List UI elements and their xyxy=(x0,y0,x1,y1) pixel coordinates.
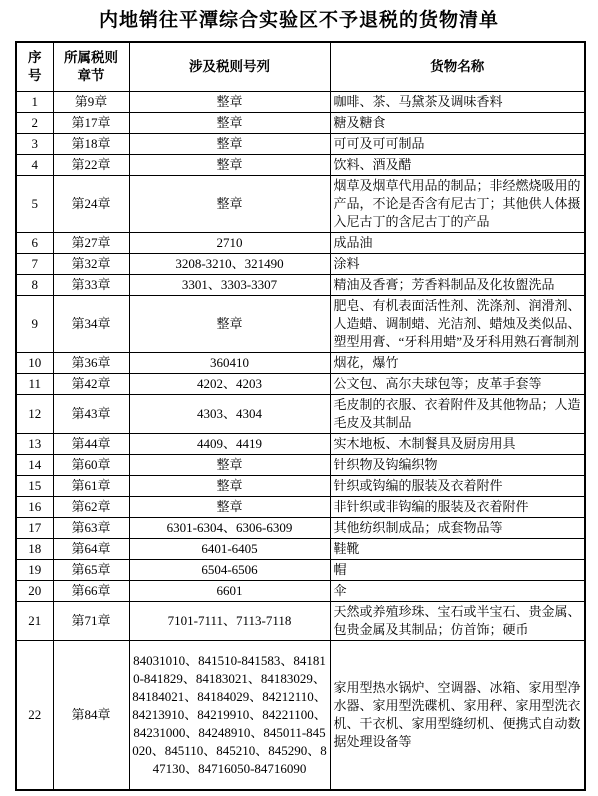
chapter-cell: 第43章 xyxy=(53,395,129,434)
codes-cell: 6401-6405 xyxy=(129,539,330,560)
codes-cell: 整章 xyxy=(129,497,330,518)
header-tariff-codes: 涉及税则号列 xyxy=(129,42,330,92)
codes-cell: 360410 xyxy=(129,353,330,374)
table-row: 19第65章6504-6506帽 xyxy=(16,560,585,581)
goods-name-cell: 糖及糖食 xyxy=(330,113,585,134)
codes-cell: 84031010、841510-841583、841810-841829、841… xyxy=(129,641,330,791)
row-number-cell: 22 xyxy=(16,641,53,791)
row-number-cell: 18 xyxy=(16,539,53,560)
goods-name-cell: 家用型热水锅炉、空调器、冰箱、家用型净水器、家用型洗碟机、家用秤、家用型洗衣机、… xyxy=(330,641,585,791)
goods-name-cell: 毛皮制的衣服、衣着附件及其他物品；人造毛皮及其制品 xyxy=(330,395,585,434)
codes-cell: 6301-6304、6306-6309 xyxy=(129,518,330,539)
codes-cell: 3208-3210、321490 xyxy=(129,254,330,275)
row-number-cell: 7 xyxy=(16,254,53,275)
header-row-number: 序 号 xyxy=(16,42,53,92)
chapter-cell: 第71章 xyxy=(53,602,129,641)
chapter-cell: 第84章 xyxy=(53,641,129,791)
table-row: 10第36章360410烟花，爆竹 xyxy=(16,353,585,374)
table-row: 15第61章整章针织或钩编的服装及衣着附件 xyxy=(16,476,585,497)
table-row: 11第42章4202、4203公文包、高尔夫球包等；皮革手套等 xyxy=(16,374,585,395)
chapter-cell: 第60章 xyxy=(53,455,129,476)
row-number-cell: 6 xyxy=(16,233,53,254)
header-chapter: 所属税则 章节 xyxy=(53,42,129,92)
row-number-cell: 1 xyxy=(16,92,53,113)
row-number-cell: 13 xyxy=(16,434,53,455)
goods-name-cell: 精油及香膏；芳香料制品及化妆盥洗品 xyxy=(330,275,585,296)
codes-cell: 整章 xyxy=(129,113,330,134)
chapter-cell: 第32章 xyxy=(53,254,129,275)
goods-name-cell: 可可及可可制品 xyxy=(330,134,585,155)
row-number-cell: 21 xyxy=(16,602,53,641)
table-row: 13第44章4409、4419实木地板、木制餐具及厨房用具 xyxy=(16,434,585,455)
row-number-cell: 17 xyxy=(16,518,53,539)
goods-name-cell: 天然或养殖珍珠、宝石或半宝石、贵金属、包贵金属及其制品；仿首饰；硬币 xyxy=(330,602,585,641)
table-row: 5第24章整章烟草及烟草代用品的制品；非经燃烧吸用的产品，不论是否含有尼古丁；其… xyxy=(16,176,585,233)
chapter-cell: 第66章 xyxy=(53,581,129,602)
goods-name-cell: 涂料 xyxy=(330,254,585,275)
codes-cell: 7101-7111、7113-7118 xyxy=(129,602,330,641)
goods-name-cell: 肥皂、有机表面活性剂、洗涤剂、润滑剂、人造蜡、调制蜡、光洁剂、蜡烛及类似品、塑型… xyxy=(330,296,585,353)
row-number-cell: 8 xyxy=(16,275,53,296)
codes-cell: 整章 xyxy=(129,134,330,155)
goods-name-cell: 烟草及烟草代用品的制品；非经燃烧吸用的产品，不论是否含有尼古丁；其他供人体摄入尼… xyxy=(330,176,585,233)
chapter-cell: 第65章 xyxy=(53,560,129,581)
row-number-cell: 2 xyxy=(16,113,53,134)
codes-cell: 6504-6506 xyxy=(129,560,330,581)
goods-name-cell: 伞 xyxy=(330,581,585,602)
codes-cell: 4409、4419 xyxy=(129,434,330,455)
goods-name-cell: 实木地板、木制餐具及厨房用具 xyxy=(330,434,585,455)
table-row: 2第17章整章糖及糖食 xyxy=(16,113,585,134)
codes-cell: 整章 xyxy=(129,476,330,497)
header-row: 序 号 所属税则 章节 涉及税则号列 货物名称 xyxy=(16,42,585,92)
row-number-cell: 5 xyxy=(16,176,53,233)
goods-name-cell: 饮料、酒及醋 xyxy=(330,155,585,176)
goods-name-cell: 烟花，爆竹 xyxy=(330,353,585,374)
chapter-cell: 第17章 xyxy=(53,113,129,134)
document-page: 内地销往平潭综合实验区不予退税的货物清单 序 号 所属税则 章节 涉及税则号列 … xyxy=(0,0,598,796)
codes-cell: 3301、3303-3307 xyxy=(129,275,330,296)
row-number-cell: 10 xyxy=(16,353,53,374)
chapter-cell: 第64章 xyxy=(53,539,129,560)
chapter-cell: 第9章 xyxy=(53,92,129,113)
table-row: 4第22章整章饮料、酒及醋 xyxy=(16,155,585,176)
chapter-cell: 第62章 xyxy=(53,497,129,518)
row-number-cell: 11 xyxy=(16,374,53,395)
goods-name-cell: 咖啡、茶、马黛茶及调味香料 xyxy=(330,92,585,113)
goods-name-cell: 针织或钩编的服装及衣着附件 xyxy=(330,476,585,497)
goods-name-cell: 其他纺织制成品；成套物品等 xyxy=(330,518,585,539)
codes-cell: 整章 xyxy=(129,176,330,233)
row-number-cell: 19 xyxy=(16,560,53,581)
table-row: 18第64章6401-6405鞋靴 xyxy=(16,539,585,560)
table-row: 8第33章3301、3303-3307精油及香膏；芳香料制品及化妆盥洗品 xyxy=(16,275,585,296)
table-row: 6第27章2710成品油 xyxy=(16,233,585,254)
table-row: 22第84章84031010、841510-841583、841810-8418… xyxy=(16,641,585,791)
goods-table-body: 1第9章整章咖啡、茶、马黛茶及调味香料2第17章整章糖及糖食3第18章整章可可及… xyxy=(16,92,585,791)
table-row: 14第60章整章针织物及钩编织物 xyxy=(16,455,585,476)
chapter-cell: 第33章 xyxy=(53,275,129,296)
goods-name-cell: 针织物及钩编织物 xyxy=(330,455,585,476)
codes-cell: 2710 xyxy=(129,233,330,254)
chapter-cell: 第24章 xyxy=(53,176,129,233)
chapter-cell: 第27章 xyxy=(53,233,129,254)
row-number-cell: 15 xyxy=(16,476,53,497)
codes-cell: 整章 xyxy=(129,296,330,353)
table-row: 16第62章整章非针织或非钩编的服装及衣着附件 xyxy=(16,497,585,518)
goods-name-cell: 鞋靴 xyxy=(330,539,585,560)
table-row: 17第63章6301-6304、6306-6309其他纺织制成品；成套物品等 xyxy=(16,518,585,539)
table-row: 1第9章整章咖啡、茶、马黛茶及调味香料 xyxy=(16,92,585,113)
table-row: 20第66章6601伞 xyxy=(16,581,585,602)
table-row: 21第71章7101-7111、7113-7118天然或养殖珍珠、宝石或半宝石、… xyxy=(16,602,585,641)
goods-name-cell: 非针织或非钩编的服装及衣着附件 xyxy=(330,497,585,518)
goods-table-header: 序 号 所属税则 章节 涉及税则号列 货物名称 xyxy=(16,42,585,92)
goods-name-cell: 帽 xyxy=(330,560,585,581)
goods-name-cell: 成品油 xyxy=(330,233,585,254)
chapter-cell: 第61章 xyxy=(53,476,129,497)
goods-name-cell: 公文包、高尔夫球包等；皮革手套等 xyxy=(330,374,585,395)
codes-cell: 整章 xyxy=(129,155,330,176)
chapter-cell: 第36章 xyxy=(53,353,129,374)
table-row: 7第32章3208-3210、321490涂料 xyxy=(16,254,585,275)
codes-cell: 整章 xyxy=(129,455,330,476)
table-row: 12第43章4303、4304毛皮制的衣服、衣着附件及其他物品；人造毛皮及其制品 xyxy=(16,395,585,434)
row-number-cell: 4 xyxy=(16,155,53,176)
codes-cell: 6601 xyxy=(129,581,330,602)
row-number-cell: 9 xyxy=(16,296,53,353)
codes-cell: 4303、4304 xyxy=(129,395,330,434)
codes-cell: 4202、4203 xyxy=(129,374,330,395)
row-number-cell: 14 xyxy=(16,455,53,476)
chapter-cell: 第22章 xyxy=(53,155,129,176)
goods-table: 序 号 所属税则 章节 涉及税则号列 货物名称 1第9章整章咖啡、茶、马黛茶及调… xyxy=(15,41,586,791)
row-number-cell: 3 xyxy=(16,134,53,155)
chapter-cell: 第18章 xyxy=(53,134,129,155)
chapter-cell: 第63章 xyxy=(53,518,129,539)
page-title: 内地销往平潭综合实验区不予退税的货物清单 xyxy=(0,0,598,34)
chapter-cell: 第34章 xyxy=(53,296,129,353)
table-row: 3第18章整章可可及可可制品 xyxy=(16,134,585,155)
codes-cell: 整章 xyxy=(129,92,330,113)
row-number-cell: 16 xyxy=(16,497,53,518)
chapter-cell: 第44章 xyxy=(53,434,129,455)
header-goods-name: 货物名称 xyxy=(330,42,585,92)
row-number-cell: 20 xyxy=(16,581,53,602)
row-number-cell: 12 xyxy=(16,395,53,434)
chapter-cell: 第42章 xyxy=(53,374,129,395)
table-row: 9第34章整章肥皂、有机表面活性剂、洗涤剂、润滑剂、人造蜡、调制蜡、光洁剂、蜡烛… xyxy=(16,296,585,353)
